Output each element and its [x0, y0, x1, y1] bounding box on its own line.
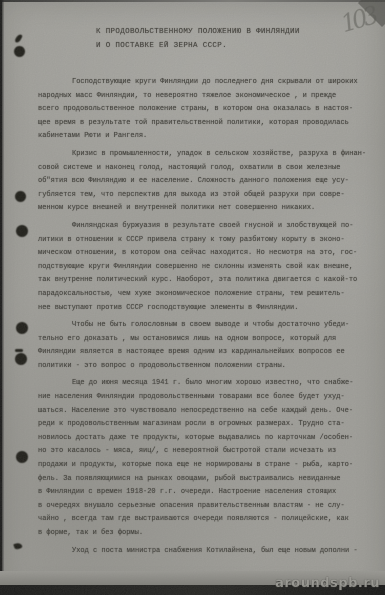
- text-line: парадоксальностью, чем хуже экономическо…: [38, 288, 368, 302]
- text-line: нее выступают против СССР господствующие…: [38, 302, 368, 316]
- text-line: мическом отношении, в котором она сейчас…: [38, 247, 368, 261]
- text-line: кабинетами Рюти и Рангеля.: [38, 130, 368, 144]
- document-body: Господствующие круги Финляндии до послед…: [38, 76, 368, 562]
- text-line: щее время в результате той правительстве…: [38, 117, 368, 131]
- text-line: совой системе и наконец голод, настоящий…: [38, 162, 368, 176]
- punch-hole-mark: [14, 46, 25, 57]
- scan-edge-top: [0, 0, 385, 2]
- ink-mark: [15, 349, 23, 352]
- text-line: народных масс Финляндии, то невероятно т…: [38, 90, 368, 104]
- text-line: продажи и продукты, которые пока еще не …: [38, 459, 368, 473]
- text-line: Господствующие круги Финляндии до послед…: [38, 76, 368, 90]
- text-line: политики - это вопрос о продовольственно…: [38, 360, 368, 374]
- text-line: в очередях внушало серьезные опасения пр…: [38, 500, 368, 514]
- scanned-document-page: 103 К ПРОДОВОЛЬСТВЕННОМУ ПОЛОЖЕНИЮ В ФИН…: [0, 0, 385, 595]
- text-line: подствующие круги Финляндии совершенно н…: [38, 261, 368, 275]
- text-line: литики в отношении к СССР привела страну…: [38, 234, 368, 248]
- watermark: aroundspb.ru: [275, 576, 380, 591]
- text-line: Еще до июня месяца 1941 г. было многим х…: [38, 377, 368, 391]
- text-line: тельно его доказать , мы остановимся лиш…: [38, 333, 368, 347]
- text-line: Финляндии является в настоящее время одн…: [38, 346, 368, 360]
- paragraph: Уход с поста министра снабжения Котилайн…: [38, 545, 368, 559]
- punch-hole-mark: [16, 322, 28, 334]
- title-line: К ПРОДОВОЛЬСТВЕННОМУ ПОЛОЖЕНИЮ В ФИНЛЯНД…: [96, 24, 300, 38]
- text-line: так внутренне политический курс. Наоборо…: [38, 274, 368, 288]
- ink-mark: [14, 33, 23, 43]
- text-line: Финляндская буржуазия в результате своей…: [38, 220, 368, 234]
- text-line: всего продовольственное положение страны…: [38, 103, 368, 117]
- text-line: в форме, так и без формы.: [38, 527, 368, 541]
- text-line: чайно , всегда там где выстраиваются оче…: [38, 513, 368, 527]
- paragraph: Чтобы не быть голословным в своем выводе…: [38, 319, 368, 373]
- text-line: ние населения Финляндии продовольственны…: [38, 391, 368, 405]
- paragraph: Финляндская буржуазия в результате своей…: [38, 220, 368, 315]
- text-line: Уход с поста министра снабжения Котилайн…: [38, 545, 368, 559]
- text-line: менном курсе внешней и внутренней полити…: [38, 202, 368, 216]
- punch-hole-mark: [16, 451, 28, 463]
- punch-hole-mark: [15, 353, 27, 365]
- text-line: губляется тем, что перспектив для выхода…: [38, 189, 368, 203]
- ink-mark: [13, 542, 22, 550]
- text-line: в Финляндии с времен 1918-20 г.г. очеред…: [38, 486, 368, 500]
- document-title: К ПРОДОВОЛЬСТВЕННОМУ ПОЛОЖЕНИЮ В ФИНЛЯНД…: [96, 24, 300, 51]
- punch-hole-mark: [16, 225, 28, 237]
- text-line: Чтобы не быть голословным в своем выводе…: [38, 319, 368, 333]
- paragraph: Господствующие круги Финляндии до послед…: [38, 76, 368, 144]
- text-line: реди к продовольственным магазинам росли…: [38, 418, 368, 432]
- text-line: новилось достать даже те продукты, котор…: [38, 432, 368, 446]
- text-line: но это касалось - мяса, яиц/, с невероят…: [38, 445, 368, 459]
- text-line: шаться. Население это чувствовало непоср…: [38, 405, 368, 419]
- text-line: об"ятия всю Финляндию и ее население. Сл…: [38, 175, 368, 189]
- scan-edge-left: [0, 0, 4, 595]
- text-line: Кризис в промышленности, упадок в сельск…: [38, 148, 368, 162]
- punch-hole-mark: [15, 191, 26, 202]
- paragraph: Еще до июня месяца 1941 г. было многим х…: [38, 377, 368, 540]
- text-line: фель. За появляющимися на рынках овощами…: [38, 473, 368, 487]
- paragraph: Кризис в промышленности, упадок в сельск…: [38, 148, 368, 216]
- title-line: И О ПОСТАВКЕ ЕЙ ЗЕРНА СССР.: [96, 38, 300, 52]
- handwritten-page-number: 103: [338, 2, 378, 38]
